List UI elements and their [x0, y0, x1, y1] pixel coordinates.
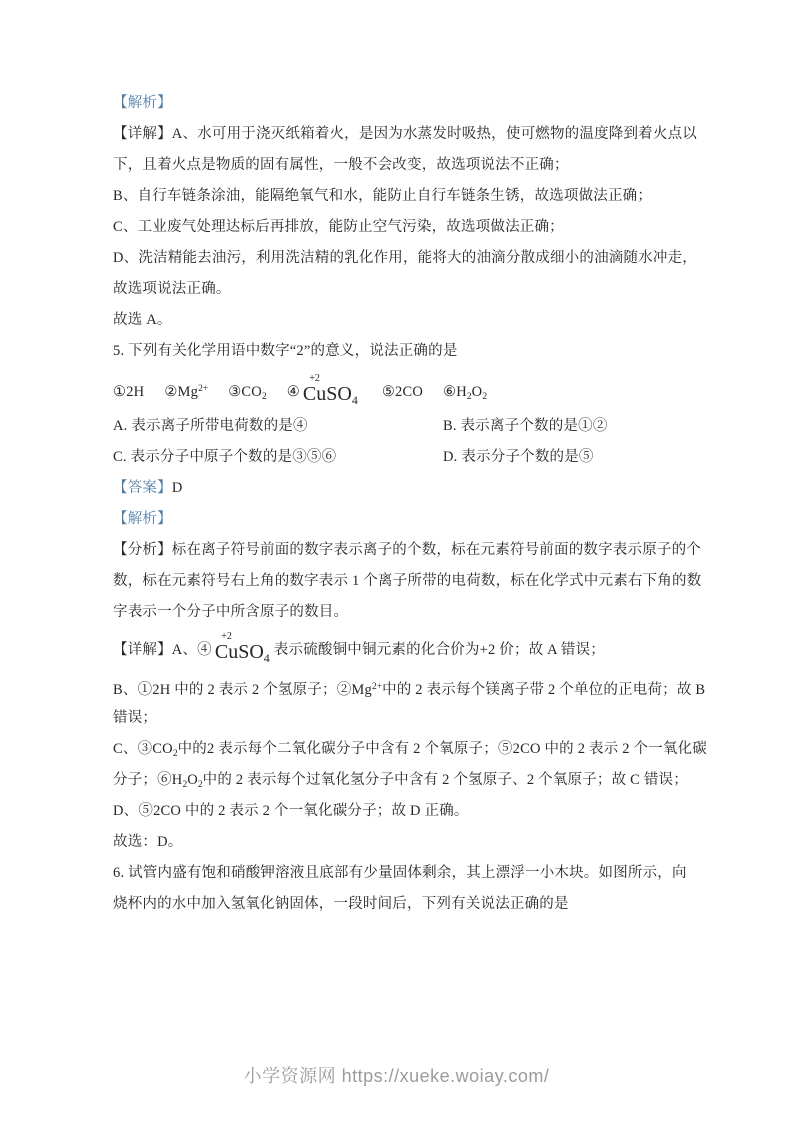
chemical-formula-cuso4: +2CuSO4 — [303, 384, 358, 406]
text-segment: 中的 2 表示每个镁离子带 2 个单位的正电荷；故 B — [382, 682, 705, 698]
text-segment: 分子；⑥H — [113, 772, 182, 788]
text-segment: 【详解】A、水可用于浇灭纸箱着火，是因为水蒸发时吸热，使可燃物的温度降到着火点以 — [113, 126, 697, 142]
section-label-jiexi-2: 【解析】 — [113, 504, 713, 535]
q5-detail-b-2: 错误； — [113, 703, 713, 734]
q5-analysis-1: 【分析】标在离子符号前面的数字表示离子的个数，标在元素符号前面的数字表示原子的个 — [113, 535, 713, 566]
q4-detail-a-2: 下，且着火点是物质的固有属性，一般不会改变，故选项说法不正确； — [113, 150, 713, 181]
text-segment: D. 表示分子个数的是⑤ — [443, 449, 594, 465]
option-right: D. 表示分子个数的是⑤ — [443, 442, 713, 473]
text-segment: B、自行车链条涂油，能隔绝氧气和水，能防止自行车链条生锈，故选项做法正确； — [113, 188, 652, 204]
section-label: 【解析】 — [113, 95, 172, 111]
q5-answer: 【答案】D — [113, 473, 713, 504]
text-segment: D、洗洁精能去油污，利用洗洁精的乳化作用，能将大的油滴分散成细小的油滴随水冲走， — [113, 250, 697, 266]
q5-detail-b-1: B、①2H 中的 2 表示 2 个氢原子；②Mg2+中的 2 表示每个镁离子带 … — [113, 672, 713, 703]
text-segment: 6. 试管内盛有饱和硝酸钾溶液且底部有少量固体剩余，其上漂浮一小木块。如图所示，… — [113, 865, 687, 881]
subscript: 2 — [262, 392, 267, 402]
document-body: 【解析】【详解】A、水可用于浇灭纸箱着火，是因为水蒸发时吸热，使可燃物的温度降到… — [113, 88, 713, 920]
text-segment: 故选：D。 — [113, 834, 182, 850]
text-segment: 5. 下列有关化学用语中数字“2”的意义，说法正确的是 — [113, 343, 458, 359]
q4-conclusion: 故选 A。 — [113, 305, 713, 336]
text-segment: C. 表示分子中原子个数的是③⑤⑥ — [113, 449, 336, 465]
section-label: 【答案】 — [113, 480, 172, 496]
text-segment: O — [187, 772, 198, 788]
text-segment: ①2H — [113, 384, 144, 400]
text-segment: B. 表示离子个数的是①② — [443, 418, 608, 434]
option-left: C. 表示分子中原子个数的是③⑤⑥ — [113, 442, 443, 473]
text-segment: ②Mg — [164, 384, 198, 400]
q5-analysis-3: 字表示一个分子中所含原子的数目。 — [113, 597, 713, 628]
text-segment: ⑤2CO — [382, 384, 423, 400]
q4-detail-c: C、工业废气处理达标后再排放，能防止空气污染，故选项做法正确； — [113, 212, 713, 243]
section-label: 【解析】 — [113, 511, 172, 527]
text-segment: 【详解】A、④ — [113, 642, 212, 658]
q5-stem: 5. 下列有关化学用语中数字“2”的意义，说法正确的是 — [113, 336, 713, 367]
option-right: B. 表示离子个数的是①② — [443, 411, 713, 442]
text-segment: 中的2 表示每个二氧化碳分子中含有 2 个氧原子；⑤2CO 中的 2 表示 2 … — [178, 741, 707, 757]
text-segment: 故选 A。 — [113, 312, 172, 328]
superscript: 2+ — [372, 682, 382, 692]
q6-stem-2: 烧杯内的水中加入氢氧化钠固体，一段时间后，下列有关说法正确的是 — [113, 889, 713, 920]
q4-detail-d-2: 故选项说法正确。 — [113, 274, 713, 305]
footer-watermark: 小学资源网 https://xueke.woiay.com/ — [244, 1066, 550, 1086]
text-segment: 字表示一个分子中所含原子的数目。 — [113, 604, 348, 620]
oxidation-number: +2 — [309, 374, 320, 384]
chemical-formula-cuso4: +2CuSO4 — [215, 642, 270, 664]
section-label-jiexi-1: 【解析】 — [113, 88, 713, 119]
text-segment: 错误； — [113, 710, 157, 726]
q5-detail-d: D、⑤2CO 中的 2 表示 2 个一氧化碳分子；故 D 正确。 — [113, 796, 713, 827]
q5-options-ab: A. 表示离子所带电荷数的是④B. 表示离子个数的是①② — [113, 411, 713, 442]
q5-conclusion: 故选：D。 — [113, 827, 713, 858]
text-segment: 下，且着火点是物质的固有属性，一般不会改变，故选项说法不正确； — [113, 157, 569, 173]
text-segment: C、③CO — [113, 741, 173, 757]
q4-detail-b: B、自行车链条涂油，能隔绝氧气和水，能防止自行车链条生锈，故选项做法正确； — [113, 181, 713, 212]
q4-detail-d-1: D、洗洁精能去油污，利用洗洁精的乳化作用，能将大的油滴分散成细小的油滴随水冲走， — [113, 243, 713, 274]
text-segment: 中的 2 表示每个过氧化氢分子中含有 2 个氢原子、2 个氧原子；故 C 错误； — [203, 772, 688, 788]
q6-stem-1: 6. 试管内盛有饱和硝酸钾溶液且底部有少量固体剩余，其上漂浮一小木块。如图所示，… — [113, 858, 713, 889]
subscript: 2 — [482, 392, 487, 402]
text-segment: 故选项说法正确。 — [113, 281, 231, 297]
superscript: 2+ — [198, 384, 208, 394]
option-left: A. 表示离子所带电荷数的是④ — [113, 411, 443, 442]
text-segment: D — [172, 480, 183, 496]
text-segment: ③CO — [228, 384, 262, 400]
text-segment: D、⑤2CO 中的 2 表示 2 个一氧化碳分子；故 D 正确。 — [113, 803, 469, 819]
text-segment: C、工业废气处理达标后再排放，能防止空气污染，故选项做法正确； — [113, 219, 564, 235]
text-segment: ⑥H — [443, 384, 467, 400]
text-segment: 烧杯内的水中加入氢氧化钠固体，一段时间后，下列有关说法正确的是 — [113, 896, 569, 912]
text-segment: 【分析】标在离子符号前面的数字表示离子的个数，标在元素符号前面的数字表示原子的个 — [113, 542, 701, 558]
text-segment: A. 表示离子所带电荷数的是④ — [113, 418, 308, 434]
text-segment: O — [472, 384, 483, 400]
text-segment: 数，标在元素符号右上角的数字表示 1 个离子所带的电荷数，标在化学式中元素右下角… — [113, 573, 701, 589]
q5-formula-list: ①2H②Mg2+③CO2④+2CuSO4⑤2CO⑥H2O2 — [113, 367, 713, 411]
q5-detail-a: 【详解】A、④+2CuSO4表示硫酸铜中铜元素的化合价为+2 价；故 A 错误； — [113, 628, 713, 672]
q5-detail-c-1: C、③CO2中的2 表示每个二氧化碳分子中含有 2 个氧原子；⑤2CO 中的 2… — [113, 734, 713, 765]
q5-analysis-2: 数，标在元素符号右上角的数字表示 1 个离子所带的电荷数，标在化学式中元素右下角… — [113, 566, 713, 597]
text-segment: ④ — [287, 384, 300, 400]
page-footer: 小学资源网 https://xueke.woiay.com/ — [0, 1062, 793, 1088]
text-segment: B、①2H 中的 2 表示 2 个氢原子；②Mg — [113, 682, 372, 698]
q5-options-cd: C. 表示分子中原子个数的是③⑤⑥D. 表示分子个数的是⑤ — [113, 442, 713, 473]
q4-detail-a-1: 【详解】A、水可用于浇灭纸箱着火，是因为水蒸发时吸热，使可燃物的温度降到着火点以 — [113, 119, 713, 150]
document-page: 【解析】【详解】A、水可用于浇灭纸箱着火，是因为水蒸发时吸热，使可燃物的温度降到… — [0, 0, 793, 1122]
text-segment: 表示硫酸铜中铜元素的化合价为+2 价；故 A 错误； — [274, 642, 605, 658]
oxidation-number: +2 — [221, 632, 232, 642]
q5-detail-c-2: 分子；⑥H2O2中的 2 表示每个过氧化氢分子中含有 2 个氢原子、2 个氧原子… — [113, 765, 713, 796]
